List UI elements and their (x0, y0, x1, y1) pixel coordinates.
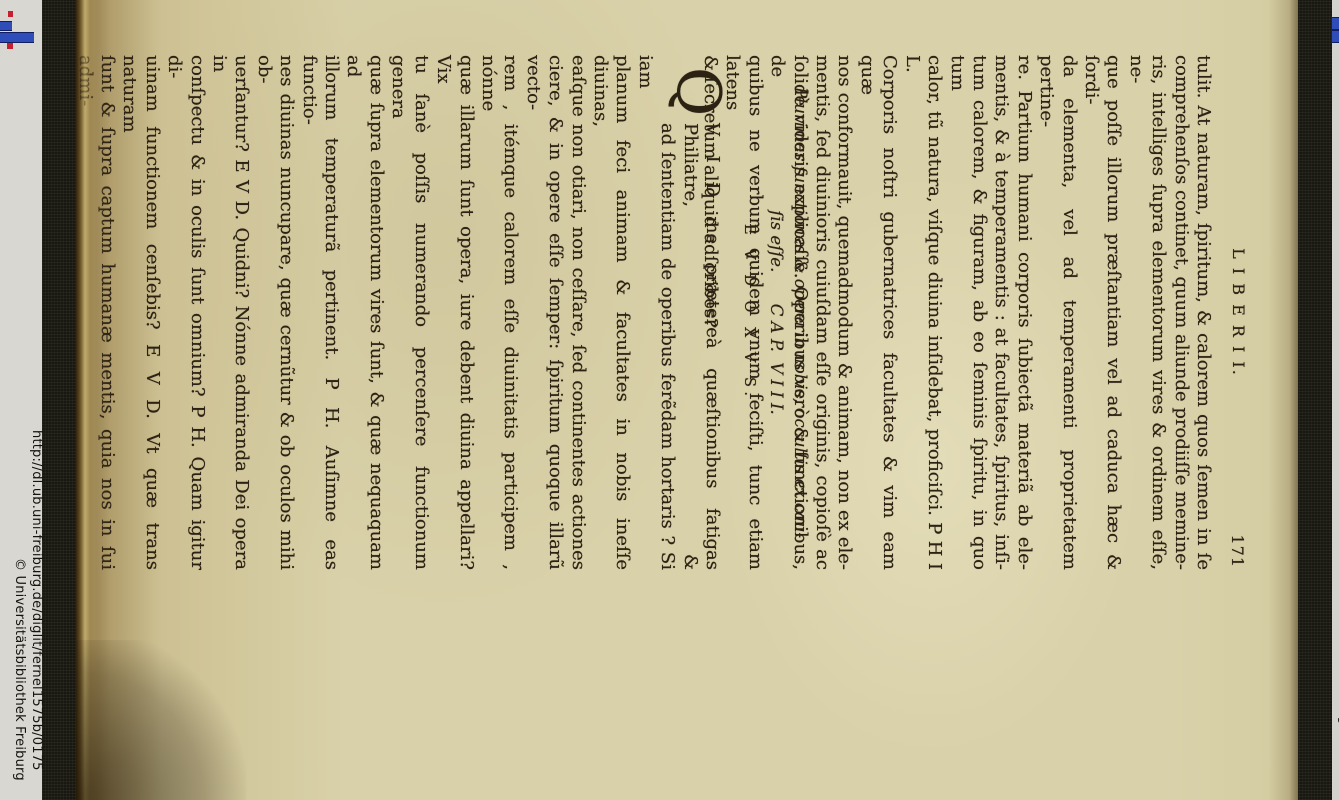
text-line: Corporis noſtri gubernatrices facultates… (856, 55, 901, 570)
text-line: calor, tũ natura, viſque diuina inſideba… (900, 55, 945, 570)
chapter-heading: Plurimas functiones & opera in nobis, oc… (764, 55, 812, 570)
copyright-note: © Universitätsbibliothek Freiburg (12, 558, 27, 781)
source-url: http://dl.ub.uni-freiburg.de/diglit/fern… (29, 430, 44, 771)
text-line: ciere, & in opere eſſe ſemper: ſpiritum … (521, 55, 566, 570)
text-line: da elementa, vel ad temperamenti proprie… (1035, 55, 1080, 570)
registration-mark-blue-short (0, 21, 12, 31)
text-line: uinam functionem cenſebis? E V D. Vt quæ… (118, 55, 163, 570)
registration-mark-blue-long (0, 32, 34, 43)
text-line: ris, intelliges ſupra elementorum vires … (1124, 55, 1169, 570)
page-running-header: L I B E R I I. 171 (1229, 55, 1248, 570)
text-line: nes diuinas nuncupare, quæ cernũtur & ob… (252, 55, 297, 570)
text-line: nos conformauit, quemadmodum & animam, n… (833, 55, 855, 570)
header-page-number: 171 (1228, 534, 1247, 568)
text-line: quæ ſupra elementorum vires ſunt, & quæ … (342, 55, 387, 570)
text-line: tum calorem, & figuram, ab eo ſeminis ſp… (945, 55, 990, 570)
text-line: planum feci animam & facultates in nobis… (589, 55, 634, 570)
chapter-heading-line-1: Plurimas functiones & opera in nobis, oc… (788, 55, 812, 570)
text-line: conſpectu & in oculis ſunt omnium? P H. … (163, 55, 208, 570)
text-line: que poſſe illorum præſtantiam vel ad cad… (1080, 55, 1125, 570)
speaker-heading-eudoxus: E V D O X V S. (741, 55, 757, 570)
registration-mark-blue-right-2 (1331, 30, 1339, 43)
text-line: rem , itémque calorem eſſe diuinitatis p… (477, 55, 522, 570)
text-line: re. Partium humani corporis ſubiectã mat… (1012, 55, 1034, 570)
text-line: tu ſanè poſſis numerando percenſere func… (387, 55, 432, 570)
text-line: comprehenſos continet, quum aliunde prod… (1169, 55, 1191, 570)
text-line: tulit. At naturam, ſpiritum, & calorem q… (1192, 55, 1214, 570)
text-line: illorum temperaturã pertinent. P H. Auſi… (297, 55, 342, 570)
drop-cap-initial: Q (676, 67, 721, 113)
text-line: ſunt & ſupra captum humanæ mentis, quia … (76, 55, 118, 570)
registration-mark-red-top (8, 11, 13, 17)
text-line: eaſque non otiari, non ceſſare, ſed cont… (566, 55, 588, 570)
registration-mark-blue-right-1 (1331, 17, 1339, 30)
text-line: quæ illarum ſunt opera, iure debent diui… (432, 55, 477, 570)
text-line: mentis, ſed diuinioris cuiuſdam eſſe ori… (811, 55, 833, 570)
book-page: L I B E R I I. 171 tulit. At naturam, ſp… (76, 0, 1298, 800)
text-line: ad ſententiam de operibus ferẽdam hortar… (633, 55, 678, 570)
text-line: uerſantur? E V D. Quidni? Nónne admirand… (208, 55, 253, 570)
page-surface: L I B E R I I. 171 tulit. At naturam, ſp… (76, 0, 1298, 800)
text-line: mentis, & à temperamentis : at facultate… (990, 55, 1012, 570)
text-line: V I D me prætereà quæſtionibus fatigas P… (678, 55, 723, 570)
header-book-title: L I B E R I I. (1229, 55, 1248, 570)
registration-mark-red-bottom (7, 43, 13, 49)
paragraph-2: Q V I D me prætereà quæſtionibus fatigas… (76, 55, 723, 570)
chapter-heading-line-2: ſis eſſe. C A P. V I I I. (764, 55, 788, 570)
